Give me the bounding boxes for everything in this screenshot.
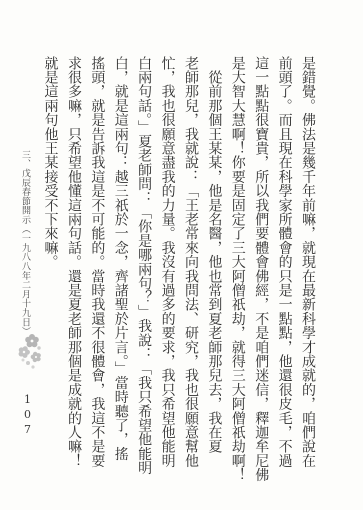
text-column: 白，就是這兩句：越三祇於一念，齊諸聖於片言。」當時聽了，搖 [108,56,131,468]
page-number: 107 [21,393,34,439]
flower-stamp-icon [15,333,47,375]
text-column: 就是這兩句他王某接受不下來嘛。 [38,56,61,468]
text-column: 老師那兒，我就說：「王老常來向我問法、研究，我也很願意幫他 [179,56,202,468]
text-column: 忙，我也很願意盡我的力量。我沒有過多的要求，我只希望他能明 [155,56,178,468]
text-column: 搖頭，就是告訴我這是不可能的。當時我還不很體會，我這不是要 [85,56,108,468]
text-column: 求很多嘛，只希望他懂這兩句話。還是夏老師那個是成就的人嘛！ [62,56,85,468]
main-text-block: 是錯覺。佛法是幾千年前嘛，就現在最新科學才成就的，咱們說在 前頭了。而且現在科學… [38,56,319,468]
book-page: 是錯覺。佛法是幾千年前嘛，就現在最新科學才成就的，咱們說在 前頭了。而且現在科學… [0,0,363,510]
section-margin-note: 三、戊辰春節開示（一九八八年二月十九日） [19,150,32,336]
text-column: 白兩句話。」夏老師問：「你是哪兩句？」我說：「我只希望他能明 [132,56,155,468]
text-column: 前頭了。而且現在科學家所體會的只是一點點，他還很皮毛，不過 [272,56,295,468]
text-column: 是錯覺。佛法是幾千年前嘛，就現在最新科學才成就的，咱們說在 [296,56,319,468]
text-column: 從前那個王某某，他是名醫，他也常到夏老師那兒去，我在夏 [202,56,225,468]
text-column: 這一點點很寶貴，所以我們要體會佛經，不是咱們迷信，釋迦牟尼佛 [249,56,272,468]
text-column: 是大智大慧啊！你要是固定了三大阿僧祇劫，就得三大阿僧祇劫啊！ [225,56,248,468]
